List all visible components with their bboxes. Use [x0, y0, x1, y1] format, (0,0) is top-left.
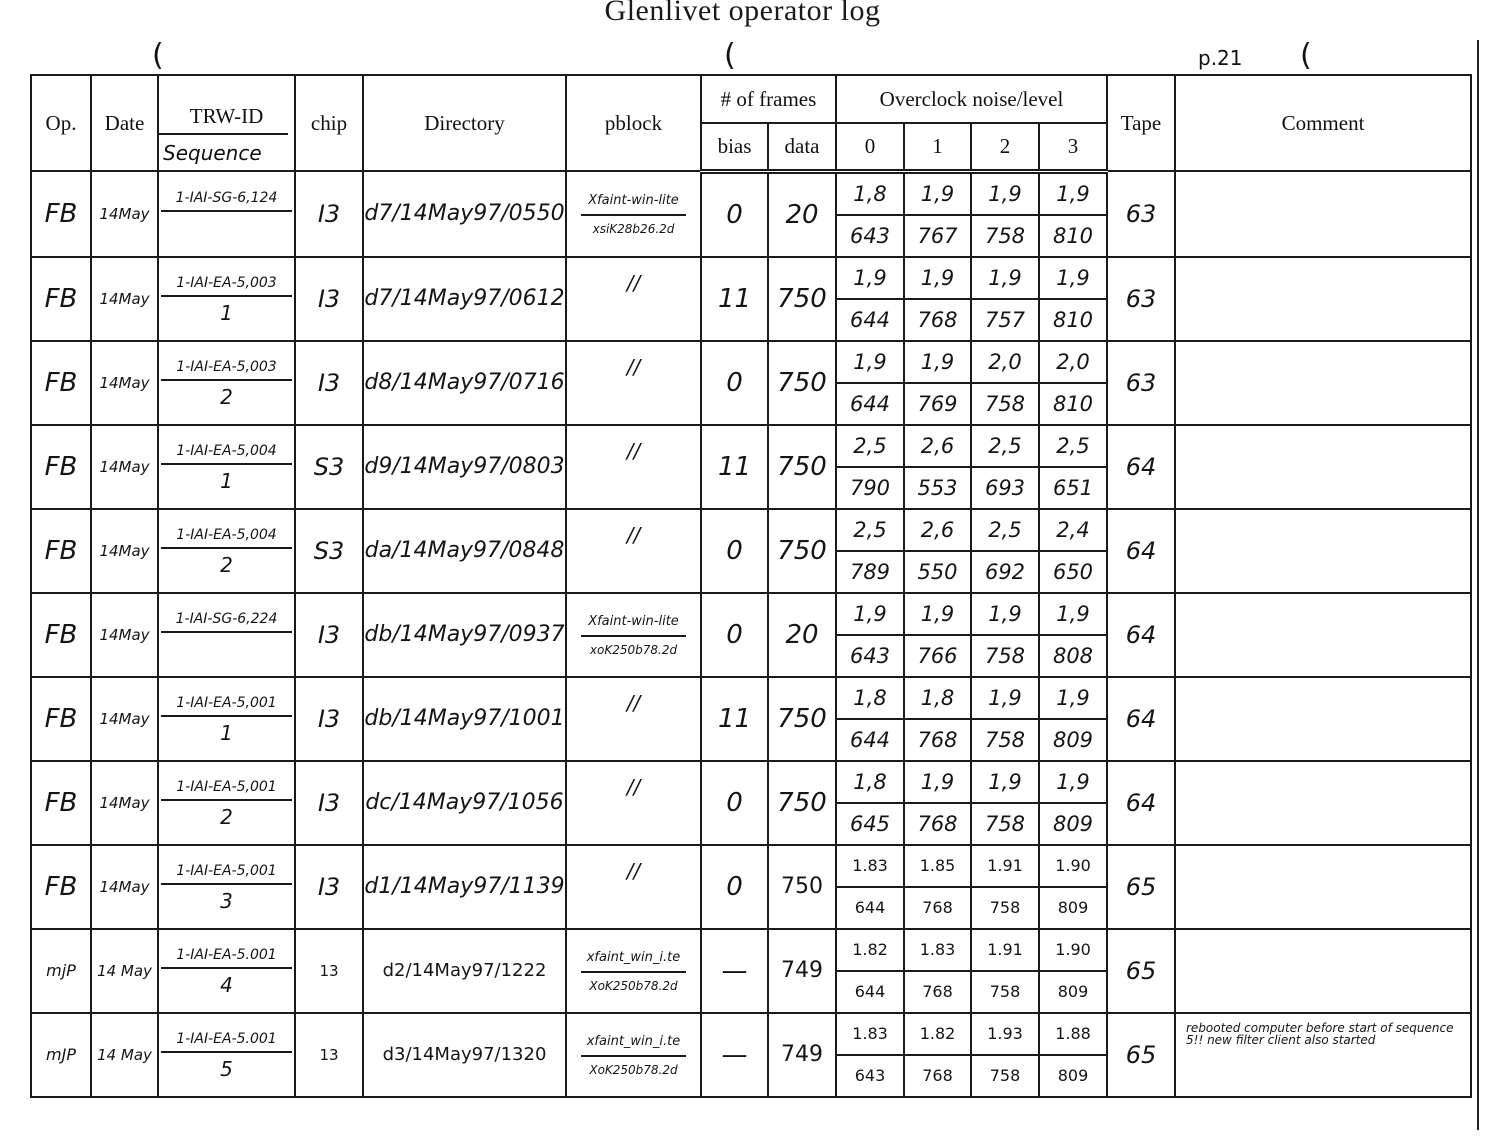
table-row: FB14May1-IAI-EA-5,0012I3dc/14May97/1056/…: [31, 761, 1471, 803]
cell-directory: d9/14May97/0803: [363, 425, 566, 509]
header-oc-3: 3: [1039, 123, 1107, 171]
table-row: FB14May1-IAI-SG-6,224I3db/14May97/0937Xf…: [31, 593, 1471, 635]
cell-noise-2: 1.93: [971, 1013, 1039, 1055]
cell-op: FB: [31, 425, 91, 509]
cell-level-0: 789: [836, 551, 904, 593]
cell-directory: d3/14May97/1320: [363, 1013, 566, 1097]
cell-level-0: 643: [836, 1055, 904, 1097]
cell-trw-id: 1-IAI-EA-5.0014: [158, 929, 295, 1013]
cell-level-3: 809: [1039, 971, 1107, 1013]
cell-trw-id: 1-IAI-SG-6,124: [158, 171, 295, 257]
table-row: FB14May1-IAI-EA-5,0011I3db/14May97/1001/…: [31, 677, 1471, 719]
table-row: FB14May1-IAI-SG-6,124I3d7/14May97/0550Xf…: [31, 171, 1471, 215]
header-oc-1: 1: [904, 123, 971, 171]
cell-date: 14May: [91, 341, 158, 425]
cell-chip: I3: [295, 341, 363, 425]
cell-noise-3: 1,9: [1039, 761, 1107, 803]
cell-noise-2: 2,5: [971, 425, 1039, 467]
pblock-file: xoK250b78.2d: [567, 637, 700, 657]
cell-chip: I3: [295, 171, 363, 257]
cell-tape: 63: [1107, 257, 1175, 341]
cell-bias-frames: 0: [701, 593, 768, 677]
cell-noise-0: 1.83: [836, 845, 904, 887]
cell-op: mjP: [31, 929, 91, 1013]
header-directory: Directory: [363, 75, 566, 171]
cell-tape: 63: [1107, 341, 1175, 425]
pblock-name: xfaint_win_i.te: [581, 948, 686, 973]
cell-trw-id: 1-IAI-EA-5,0031: [158, 257, 295, 341]
cell-level-0: 644: [836, 383, 904, 425]
cell-noise-1: 1,9: [904, 341, 971, 383]
cell-level-2: 757: [971, 299, 1039, 341]
cell-pblock: Xfaint-win-litexsiK28b26.2d: [566, 171, 701, 257]
cell-op: FB: [31, 593, 91, 677]
cell-noise-3: 1,9: [1039, 171, 1107, 215]
cell-comment: [1175, 341, 1471, 425]
trw-id-value: 1-IAI-EA-5.001: [161, 943, 292, 969]
cell-level-1: 768: [904, 299, 971, 341]
cell-level-3: 809: [1039, 719, 1107, 761]
cell-pblock: //: [566, 677, 701, 761]
cell-trw-id: 1-IAI-EA-5,0042: [158, 509, 295, 593]
trw-id-value: 1-IAI-EA-5,001: [161, 775, 292, 801]
table-row: FB14May1-IAI-EA-5,0041S3d9/14May97/0803/…: [31, 425, 1471, 467]
cell-data-frames: 749: [768, 1013, 836, 1097]
cell-level-0: 643: [836, 635, 904, 677]
cell-bias-frames: —: [701, 1013, 768, 1097]
cell-directory: d8/14May97/0716: [363, 341, 566, 425]
cell-noise-0: 1.82: [836, 929, 904, 971]
header-comment: Comment: [1175, 75, 1471, 171]
ditto-mark: //: [567, 271, 700, 295]
cell-pblock: Xfaint-win-litexoK250b78.2d: [566, 593, 701, 677]
margin-mark: (: [152, 38, 164, 73]
cell-noise-2: 1,9: [971, 171, 1039, 215]
ditto-mark: //: [567, 355, 700, 379]
cell-noise-3: 2,5: [1039, 425, 1107, 467]
cell-chip: 13: [295, 1013, 363, 1097]
cell-noise-3: 1.90: [1039, 845, 1107, 887]
header-frames-group: # of frames: [701, 75, 836, 123]
cell-level-1: 768: [904, 719, 971, 761]
cell-level-2: 692: [971, 551, 1039, 593]
cell-noise-1: 1.85: [904, 845, 971, 887]
cell-bias-frames: 0: [701, 341, 768, 425]
cell-date: 14May: [91, 257, 158, 341]
ditto-mark: //: [567, 859, 700, 883]
cell-pblock: xfaint_win_i.teXoK250b78.2d: [566, 1013, 701, 1097]
trw-id-value: 1-IAI-EA-5,004: [161, 523, 292, 549]
cell-data-frames: 20: [768, 171, 836, 257]
cell-noise-0: 1,8: [836, 171, 904, 215]
cell-trw-id: 1-IAI-EA-5,0012: [158, 761, 295, 845]
cell-level-2: 758: [971, 719, 1039, 761]
cell-bias-frames: 0: [701, 171, 768, 257]
cell-date: 14May: [91, 677, 158, 761]
cell-comment: [1175, 593, 1471, 677]
cell-level-1: 553: [904, 467, 971, 509]
table-row: mJP14 May1-IAI-EA-5.001513d3/14May97/132…: [31, 1013, 1471, 1055]
cell-bias-frames: 11: [701, 677, 768, 761]
header-trw-id-label: TRW-ID: [159, 104, 294, 129]
cell-noise-2: 1,9: [971, 257, 1039, 299]
cell-level-3: 650: [1039, 551, 1107, 593]
cell-chip: I3: [295, 257, 363, 341]
cell-bias-frames: 0: [701, 761, 768, 845]
cell-trw-id: 1-IAI-EA-5,0032: [158, 341, 295, 425]
cell-noise-2: 2,5: [971, 509, 1039, 551]
trw-id-value: 1-IAI-EA-5.001: [161, 1027, 292, 1053]
cell-level-2: 758: [971, 383, 1039, 425]
cell-level-1: 768: [904, 887, 971, 929]
cell-pblock: //: [566, 257, 701, 341]
cell-level-0: 644: [836, 299, 904, 341]
cell-level-1: 768: [904, 803, 971, 845]
cell-noise-0: 2,5: [836, 509, 904, 551]
cell-date: 14May: [91, 509, 158, 593]
cell-chip: I3: [295, 845, 363, 929]
cell-bias-frames: 11: [701, 425, 768, 509]
cell-comment: [1175, 425, 1471, 509]
cell-noise-2: 2,0: [971, 341, 1039, 383]
cell-chip: I3: [295, 593, 363, 677]
cell-noise-1: 1,9: [904, 171, 971, 215]
header-op: Op.: [31, 75, 91, 171]
ditto-mark: //: [567, 691, 700, 715]
cell-level-3: 809: [1039, 1055, 1107, 1097]
cell-noise-3: 2,0: [1039, 341, 1107, 383]
header-oc-2: 2: [971, 123, 1039, 171]
cell-pblock: //: [566, 509, 701, 593]
cell-chip: I3: [295, 677, 363, 761]
cell-noise-1: 2,6: [904, 425, 971, 467]
cell-date: 14May: [91, 425, 158, 509]
cell-level-2: 758: [971, 1055, 1039, 1097]
cell-noise-2: 1,9: [971, 677, 1039, 719]
cell-noise-0: 1,9: [836, 593, 904, 635]
cell-trw-id: 1-IAI-SG-6,224: [158, 593, 295, 677]
cell-noise-1: 2,6: [904, 509, 971, 551]
cell-tape: 63: [1107, 171, 1175, 257]
cell-level-3: 810: [1039, 215, 1107, 257]
cell-noise-2: 1,9: [971, 593, 1039, 635]
cell-comment: [1175, 929, 1471, 1013]
cell-level-1: 767: [904, 215, 971, 257]
cell-op: FB: [31, 509, 91, 593]
cell-noise-3: 1,9: [1039, 593, 1107, 635]
cell-level-2: 758: [971, 215, 1039, 257]
cell-level-0: 644: [836, 887, 904, 929]
cell-date: 14May: [91, 761, 158, 845]
cell-bias-frames: 0: [701, 509, 768, 593]
pblock-name: Xfaint-win-lite: [581, 612, 686, 637]
trw-id-value: 1-IAI-EA-5,003: [161, 271, 292, 297]
cell-directory: dc/14May97/1056: [363, 761, 566, 845]
cell-noise-3: 1.88: [1039, 1013, 1107, 1055]
header-tape: Tape: [1107, 75, 1175, 171]
cell-noise-0: 1,8: [836, 677, 904, 719]
cell-comment: rebooted computer before start of sequen…: [1175, 1013, 1471, 1097]
cell-level-2: 758: [971, 635, 1039, 677]
cell-noise-2: 1.91: [971, 929, 1039, 971]
cell-data-frames: 750: [768, 845, 836, 929]
cell-pblock: //: [566, 425, 701, 509]
trw-id-value: 1-IAI-EA-5,004: [161, 439, 292, 465]
ditto-mark: //: [567, 439, 700, 463]
cell-date: 14 May: [91, 1013, 158, 1097]
cell-data-frames: 750: [768, 425, 836, 509]
sequence-value: [159, 633, 294, 663]
cell-level-1: 550: [904, 551, 971, 593]
header-chip: chip: [295, 75, 363, 171]
cell-data-frames: 750: [768, 677, 836, 761]
cell-noise-1: 1,8: [904, 677, 971, 719]
cell-noise-2: 1.91: [971, 845, 1039, 887]
cell-data-frames: 750: [768, 257, 836, 341]
cell-comment: [1175, 845, 1471, 929]
pblock-name: Xfaint-win-lite: [581, 191, 686, 216]
table-row: FB14May1-IAI-EA-5,0032I3d8/14May97/0716/…: [31, 341, 1471, 383]
cell-level-3: 809: [1039, 887, 1107, 929]
cell-op: FB: [31, 257, 91, 341]
cell-tape: 64: [1107, 593, 1175, 677]
cell-noise-2: 1,9: [971, 761, 1039, 803]
header-pblock: pblock: [566, 75, 701, 171]
margin-mark: (: [724, 38, 736, 73]
cell-noise-1: 1.82: [904, 1013, 971, 1055]
cell-trw-id: 1-IAI-EA-5,0013: [158, 845, 295, 929]
cell-noise-0: 1.83: [836, 1013, 904, 1055]
table-row: FB14May1-IAI-EA-5,0031I3d7/14May97/0612/…: [31, 257, 1471, 299]
cell-directory: d1/14May97/1139: [363, 845, 566, 929]
cell-tape: 64: [1107, 677, 1175, 761]
cell-chip: 13: [295, 929, 363, 1013]
ditto-mark: //: [567, 775, 700, 799]
cell-directory: d7/14May97/0550: [363, 171, 566, 257]
cell-noise-3: 1,9: [1039, 257, 1107, 299]
cell-tape: 64: [1107, 761, 1175, 845]
ditto-mark: //: [567, 523, 700, 547]
cell-level-2: 758: [971, 971, 1039, 1013]
trw-id-value: 1-IAI-SG-6,124: [161, 186, 292, 212]
cell-noise-1: 1,9: [904, 593, 971, 635]
cell-date: 14May: [91, 593, 158, 677]
cell-level-1: 766: [904, 635, 971, 677]
cell-tape: 64: [1107, 509, 1175, 593]
cell-pblock: //: [566, 845, 701, 929]
cell-level-0: 644: [836, 971, 904, 1013]
cell-comment: [1175, 677, 1471, 761]
page-edge-line: [1477, 40, 1479, 1130]
cell-level-2: 693: [971, 467, 1039, 509]
table-row: FB14May1-IAI-EA-5,0013I3d1/14May97/1139/…: [31, 845, 1471, 887]
cell-level-3: 808: [1039, 635, 1107, 677]
sequence-value: 2: [159, 801, 294, 831]
cell-tape: 65: [1107, 1013, 1175, 1097]
sequence-value: 5: [159, 1053, 294, 1083]
cell-op: mJP: [31, 1013, 91, 1097]
log-body: FB14May1-IAI-SG-6,124I3d7/14May97/0550Xf…: [31, 171, 1471, 1097]
pblock-name: xfaint_win_i.te: [581, 1032, 686, 1057]
cell-level-3: 651: [1039, 467, 1107, 509]
sequence-value: 1: [159, 717, 294, 747]
sequence-value: 1: [159, 297, 294, 327]
cell-level-3: 810: [1039, 383, 1107, 425]
cell-trw-id: 1-IAI-EA-5,0041: [158, 425, 295, 509]
table-row: mjP14 May1-IAI-EA-5.001413d2/14May97/122…: [31, 929, 1471, 971]
pblock-file: xsiK28b26.2d: [567, 216, 700, 236]
cell-bias-frames: 0: [701, 845, 768, 929]
trw-id-value: 1-IAI-SG-6,224: [161, 607, 292, 633]
cell-bias-frames: —: [701, 929, 768, 1013]
cell-noise-3: 1,9: [1039, 677, 1107, 719]
cell-pblock: //: [566, 341, 701, 425]
sequence-value: 4: [159, 969, 294, 999]
cell-noise-0: 1,8: [836, 761, 904, 803]
document-title: Glenlivet operator log: [0, 0, 1485, 28]
cell-directory: d7/14May97/0612: [363, 257, 566, 341]
cell-noise-3: 1.90: [1039, 929, 1107, 971]
sequence-value: [159, 212, 294, 242]
margin-mark: (: [1300, 38, 1312, 73]
cell-chip: S3: [295, 425, 363, 509]
cell-directory: d2/14May97/1222: [363, 929, 566, 1013]
cell-noise-0: 1,9: [836, 341, 904, 383]
cell-noise-0: 2,5: [836, 425, 904, 467]
cell-noise-1: 1.83: [904, 929, 971, 971]
cell-tape: 65: [1107, 845, 1175, 929]
cell-level-1: 768: [904, 1055, 971, 1097]
cell-directory: db/14May97/0937: [363, 593, 566, 677]
cell-data-frames: 20: [768, 593, 836, 677]
sequence-value: 2: [159, 549, 294, 579]
operator-log-table: Op. Date TRW-ID Sequence chip Directory …: [30, 74, 1472, 1098]
cell-pblock: xfaint_win_i.teXoK250b78.2d: [566, 929, 701, 1013]
header-overclock-group: Overclock noise/level: [836, 75, 1107, 123]
cell-pblock: //: [566, 761, 701, 845]
header-bias: bias: [701, 123, 768, 171]
cell-level-0: 643: [836, 215, 904, 257]
header-oc-0: 0: [836, 123, 904, 171]
cell-noise-0: 1,9: [836, 257, 904, 299]
pblock-file: XoK250b78.2d: [567, 973, 700, 993]
cell-data-frames: 750: [768, 761, 836, 845]
cell-trw-id: 1-IAI-EA-5,0011: [158, 677, 295, 761]
cell-comment: [1175, 257, 1471, 341]
cell-level-2: 758: [971, 887, 1039, 929]
cell-op: FB: [31, 677, 91, 761]
cell-level-2: 758: [971, 803, 1039, 845]
cell-level-1: 769: [904, 383, 971, 425]
trw-id-value: 1-IAI-EA-5,001: [161, 859, 292, 885]
cell-noise-1: 1,9: [904, 257, 971, 299]
cell-comment: [1175, 171, 1471, 257]
cell-tape: 65: [1107, 929, 1175, 1013]
cell-op: FB: [31, 761, 91, 845]
header-sequence-label: Sequence: [159, 133, 288, 165]
table-row: FB14May1-IAI-EA-5,0042S3da/14May97/0848/…: [31, 509, 1471, 551]
sequence-value: 1: [159, 465, 294, 495]
cell-date: 14May: [91, 171, 158, 257]
cell-level-0: 790: [836, 467, 904, 509]
cell-level-3: 810: [1039, 299, 1107, 341]
sequence-value: 2: [159, 381, 294, 411]
cell-noise-3: 2,4: [1039, 509, 1107, 551]
header-data: data: [768, 123, 836, 171]
cell-level-1: 768: [904, 971, 971, 1013]
header-date: Date: [91, 75, 158, 171]
cell-data-frames: 749: [768, 929, 836, 1013]
cell-tape: 64: [1107, 425, 1175, 509]
cell-level-3: 809: [1039, 803, 1107, 845]
cell-bias-frames: 11: [701, 257, 768, 341]
cell-level-0: 645: [836, 803, 904, 845]
cell-directory: da/14May97/0848: [363, 509, 566, 593]
cell-op: FB: [31, 845, 91, 929]
cell-comment: [1175, 509, 1471, 593]
cell-date: 14 May: [91, 929, 158, 1013]
trw-id-value: 1-IAI-EA-5,003: [161, 355, 292, 381]
cell-trw-id: 1-IAI-EA-5.0015: [158, 1013, 295, 1097]
cell-op: FB: [31, 171, 91, 257]
cell-noise-1: 1,9: [904, 761, 971, 803]
trw-id-value: 1-IAI-EA-5,001: [161, 691, 292, 717]
cell-op: FB: [31, 341, 91, 425]
page-number: p.21: [1198, 46, 1243, 70]
sequence-value: 3: [159, 885, 294, 915]
pblock-file: XoK250b78.2d: [567, 1057, 700, 1077]
cell-data-frames: 750: [768, 341, 836, 425]
cell-chip: I3: [295, 761, 363, 845]
cell-date: 14May: [91, 845, 158, 929]
cell-directory: db/14May97/1001: [363, 677, 566, 761]
cell-chip: S3: [295, 509, 363, 593]
cell-comment: [1175, 761, 1471, 845]
cell-level-0: 644: [836, 719, 904, 761]
cell-data-frames: 750: [768, 509, 836, 593]
header-trw-id: TRW-ID Sequence: [158, 75, 295, 171]
